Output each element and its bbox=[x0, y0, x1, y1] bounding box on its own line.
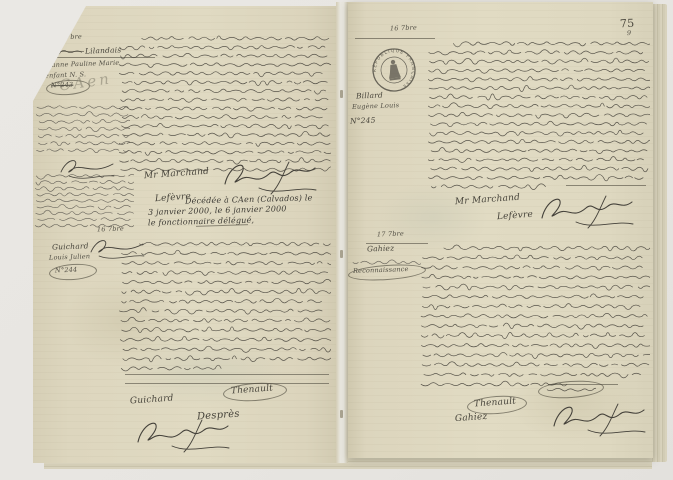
right-act2-signature-gahiez: Gahiez bbox=[455, 413, 488, 425]
left-page: 18 7bre Lilandais Suzanne Pauline Marie … bbox=[33, 6, 336, 463]
left-act1-body-text bbox=[119, 33, 331, 173]
left-margin-note-2 bbox=[34, 172, 134, 228]
right-page: 75 9 16 7bre RÉPUBLIQUE FRANÇAISE Billar… bbox=[348, 2, 653, 458]
right-act1-signature-marchand: Mr Marchand bbox=[455, 194, 521, 208]
republique-francaise-stamp: RÉPUBLIQUE FRANÇAISE bbox=[366, 42, 422, 98]
illegible-signature-scribble bbox=[544, 383, 596, 394]
right-act2-margin-date: 17 7bre bbox=[377, 231, 404, 239]
right-act1-signature-lefevre: Lefèvre bbox=[497, 211, 534, 223]
officer-signature-flourish bbox=[219, 156, 319, 196]
folio-annotation: 9 bbox=[627, 30, 632, 37]
left-act2-margin-surname: Guichard bbox=[52, 242, 89, 252]
book-gutter bbox=[336, 2, 348, 463]
right-act1-body-text bbox=[428, 38, 650, 190]
right-act2-body-text bbox=[420, 242, 650, 388]
marianne-figure bbox=[387, 59, 401, 81]
right-act2-margin-surname: Gahiez bbox=[367, 245, 395, 254]
left-act2-act-number: N°244 bbox=[55, 267, 78, 275]
left-act2-signature-guichard: Guichard bbox=[130, 394, 174, 407]
right-act1-margin-given-names: Eugène Louis bbox=[352, 102, 400, 111]
left-act2-body-text bbox=[119, 238, 331, 372]
registry-scan: 18 7bre Lilandais Suzanne Pauline Marie … bbox=[0, 0, 673, 480]
left-act1-margin-date: 18 7bre bbox=[55, 34, 82, 42]
left-act2-margin-given-names: Louis Julien bbox=[49, 253, 91, 262]
officer-signature-flourish bbox=[536, 190, 636, 230]
left-act1-signature-marchand: Mr Marchand bbox=[144, 168, 210, 182]
left-act1-margin-given-names: Suzanne Pauline Marie bbox=[39, 60, 120, 70]
left-margin-note-1 bbox=[36, 103, 130, 153]
right-act1-act-number: N°245 bbox=[350, 117, 376, 126]
officer-signature-flourish bbox=[548, 398, 648, 438]
left-act2-margin-date: 16 7bre bbox=[97, 226, 124, 234]
left-act1-margin-surname: Lilandais bbox=[85, 46, 122, 56]
right-act1-margin-surname: Billard bbox=[356, 92, 383, 101]
officer-signature-flourish bbox=[132, 414, 232, 454]
right-act1-margin-date: 16 7bre bbox=[390, 25, 417, 33]
